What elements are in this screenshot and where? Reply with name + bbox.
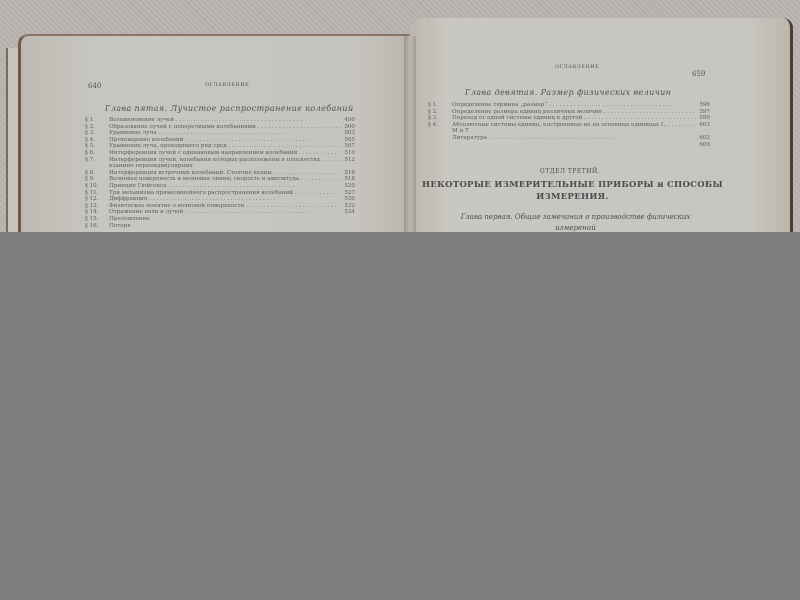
toc-entry: § 10.Принцип Гюйгенса . . . . . . . . . … bbox=[85, 183, 355, 190]
toc-entry-label: Интерференция лучей с одинаковым направл… bbox=[109, 150, 341, 157]
toc-entry-label: Определение размера единиц различных вел… bbox=[452, 109, 696, 116]
toc-entry-number: § 4. bbox=[85, 137, 109, 144]
toc-entry-label: Преломление bbox=[109, 216, 341, 223]
toc-entry-number bbox=[428, 142, 452, 149]
toc-entry-number: § 7. bbox=[85, 157, 109, 164]
toc-entry-number: § 1. bbox=[85, 117, 109, 124]
toc-entry-page: 518 bbox=[341, 176, 355, 183]
part-title-line2: ИЗМЕРЕНИЯ. bbox=[415, 192, 730, 202]
toc-entry-page: 510 bbox=[341, 150, 355, 157]
toc-entry-label: Образование лучей с поперечными колебани… bbox=[109, 124, 341, 131]
toc-entry: § 15.Преломление bbox=[85, 216, 355, 223]
toc-entry-label: Определение термина „размер“ . . . . . .… bbox=[452, 102, 696, 109]
toc-entry-page: 507 bbox=[341, 143, 355, 150]
toc-entry: § 4.Прохождение колебаний . . . . . . . … bbox=[85, 137, 355, 144]
toc-entry-label: Диффракция . . . . . . . . . . . . . . .… bbox=[109, 196, 341, 203]
toc-entry-page: 532 bbox=[341, 203, 355, 210]
toc-entry-label: Литература . . . . . . . . . . . . . . .… bbox=[452, 135, 696, 142]
toc-entry-number: § 13. bbox=[85, 203, 109, 210]
part-title-line1: НЕКОТОРЫЕ ИЗМЕРИТЕЛЬНЫЕ ПРИБОРЫ и СПОСОБ… bbox=[415, 180, 730, 190]
toc-entry-page: 603 bbox=[696, 135, 710, 142]
left-running-header: ОГЛАВЛЕНИЕ bbox=[205, 82, 249, 88]
toc-entry: § 3.Уравнение луча . . . . . . . . . . .… bbox=[85, 130, 355, 137]
toc-entry: § 4.Абсолютные системы единиц, построенн… bbox=[428, 122, 710, 129]
toc-entry-number: § 3. bbox=[85, 130, 109, 137]
toc-entry-number: § 9. bbox=[85, 176, 109, 183]
toc-entry: § 2.Определение размера единиц различных… bbox=[428, 109, 710, 116]
toc-entry-number bbox=[428, 135, 452, 142]
toc-entry-page: 596 bbox=[696, 102, 710, 109]
toc-entry-page bbox=[696, 128, 710, 135]
toc-entry-label: Возникновение лучей . . . . . . . . . . … bbox=[109, 117, 341, 124]
toc-entry-page: 500 bbox=[341, 124, 355, 131]
book-gutter bbox=[404, 36, 416, 262]
toc-entry-number: § 14. bbox=[85, 209, 109, 216]
toc-entry-label: Интерференция встречных колебаний. Стояч… bbox=[109, 170, 341, 177]
toc-entry-number: § 16. bbox=[85, 223, 109, 230]
toc-entry: M и T bbox=[428, 128, 710, 135]
toc-entry-label: взаимно перпендикулярных bbox=[109, 163, 341, 170]
toc-entry: § 1.Определение термина „размер“ . . . .… bbox=[428, 102, 710, 109]
next-chapter-title-line1: Глава первая. Общие замечания о производ… bbox=[418, 213, 733, 221]
toc-entry: § 1.Возникновение лучей . . . . . . . . … bbox=[85, 117, 355, 124]
toc-entry: § 14.Отражение волн и лучей . . . . . . … bbox=[85, 209, 355, 216]
toc-entry-number: § 5. bbox=[85, 143, 109, 150]
toc-entry-label: Уравнение луча, проходящего ряд сред . .… bbox=[109, 143, 341, 150]
toc-entry-label: Принцип Гюйгенса . . . . . . . . . . . .… bbox=[109, 183, 341, 190]
toc-entry-number: § 10. bbox=[85, 183, 109, 190]
right-running-header: ОГЛАВЛЕНИЕ bbox=[555, 64, 599, 70]
toc-entry: § 16.Потеря bbox=[85, 223, 355, 230]
toc-entry-label: Абсолютные системы единиц, построенные н… bbox=[452, 122, 696, 129]
toc-entry-page: 603 bbox=[696, 122, 710, 129]
toc-entry-page: 516 bbox=[341, 170, 355, 177]
toc-entry-label: Отражение волн и лучей . . . . . . . . .… bbox=[109, 209, 341, 216]
toc-entry-page: 505 bbox=[341, 137, 355, 144]
toc-entry: § 11.Три механизма прямолинейного распро… bbox=[85, 190, 355, 197]
toc-entry: § 13.Физическое понятие о волновой повер… bbox=[85, 203, 355, 210]
right-chapter-title: Глава девятая. Размер физических величин bbox=[465, 88, 671, 97]
toc-entry-number: § 6. bbox=[85, 150, 109, 157]
toc-entry: § 9.Волновая поверхность и волновая лини… bbox=[85, 176, 355, 183]
toc-entry-label: Прохождение колебаний . . . . . . . . . … bbox=[109, 137, 341, 144]
toc-entry-number: § 12. bbox=[85, 196, 109, 203]
toc-entry: § 3.Переход от одной системы единиц к др… bbox=[428, 115, 710, 122]
toc-entry-number: § 2. bbox=[85, 124, 109, 131]
toc-entry-label: Интерференция лучей, колебания которых р… bbox=[109, 157, 341, 164]
next-chapter-title-line2: измерений bbox=[418, 224, 733, 232]
toc-entry-label: Физическое понятие о волновой поверхност… bbox=[109, 203, 341, 210]
toc-entry: § 7.Интерференция лучей, колебания котор… bbox=[85, 157, 355, 164]
toc-entry: § 6.Интерференция лучей с одинаковым нап… bbox=[85, 150, 355, 157]
toc-entry-number: § 2. bbox=[428, 109, 452, 116]
toc-entry-number: § 11. bbox=[85, 190, 109, 197]
toc-entry: § 8.Интерференция встречных колебаний. С… bbox=[85, 170, 355, 177]
toc-entry-number bbox=[85, 163, 109, 170]
right-page-number: 659 bbox=[692, 70, 705, 78]
toc-entry-number: § 1. bbox=[428, 102, 452, 109]
toc-entry-number: § 15. bbox=[85, 216, 109, 223]
toc-entry: 609 bbox=[428, 142, 710, 149]
toc-entry-label: Уравнение луча . . . . . . . . . . . . .… bbox=[109, 130, 341, 137]
toc-entry-number: § 3. bbox=[428, 115, 452, 122]
toc-entry-page: 512 bbox=[341, 157, 355, 164]
toc-entry-page bbox=[341, 216, 355, 223]
toc-entry-label: Потеря bbox=[109, 223, 341, 230]
gray-mask bbox=[0, 232, 800, 600]
right-toc-list: § 1.Определение термина „размер“ . . . .… bbox=[428, 102, 710, 148]
toc-entry-label bbox=[452, 142, 696, 149]
left-page-number: 640 bbox=[88, 82, 101, 90]
left-toc-list: § 1.Возникновение лучей . . . . . . . . … bbox=[85, 117, 355, 229]
toc-entry-page: 530 bbox=[341, 196, 355, 203]
toc-entry-page bbox=[341, 223, 355, 230]
toc-entry-number bbox=[428, 128, 452, 135]
toc-entry-label: Три механизма прямолинейного распростран… bbox=[109, 190, 341, 197]
toc-entry-page: 597 bbox=[696, 109, 710, 116]
toc-entry: взаимно перпендикулярных bbox=[85, 163, 355, 170]
toc-entry-label: Переход от одной системы единиц к другой… bbox=[452, 115, 696, 122]
toc-entry-label: M и T bbox=[452, 128, 696, 135]
toc-entry-page: 490 bbox=[341, 117, 355, 124]
toc-entry: § 5.Уравнение луча, проходящего ряд сред… bbox=[85, 143, 355, 150]
left-chapter-title: Глава пятая. Лучистое распространение ко… bbox=[105, 104, 354, 113]
toc-entry-page: 609 bbox=[696, 142, 710, 149]
toc-entry: § 2.Образование лучей с поперечными коле… bbox=[85, 124, 355, 131]
toc-entry-number: § 8. bbox=[85, 170, 109, 177]
part-label: ОТДЕЛ ТРЕТИЙ. bbox=[420, 168, 720, 175]
toc-entry-page: 527 bbox=[341, 190, 355, 197]
toc-entry-label: Волновая поверхность и волновая линия; с… bbox=[109, 176, 341, 183]
toc-entry-page bbox=[341, 163, 355, 170]
toc-entry-page: 534 bbox=[341, 209, 355, 216]
toc-entry-page: 520 bbox=[341, 183, 355, 190]
toc-entry: § 12.Диффракция . . . . . . . . . . . . … bbox=[85, 196, 355, 203]
toc-entry-page: 503 bbox=[341, 130, 355, 137]
toc-entry-page: 599 bbox=[696, 115, 710, 122]
toc-entry: Литература . . . . . . . . . . . . . . .… bbox=[428, 135, 710, 142]
toc-entry-number: § 4. bbox=[428, 122, 452, 129]
